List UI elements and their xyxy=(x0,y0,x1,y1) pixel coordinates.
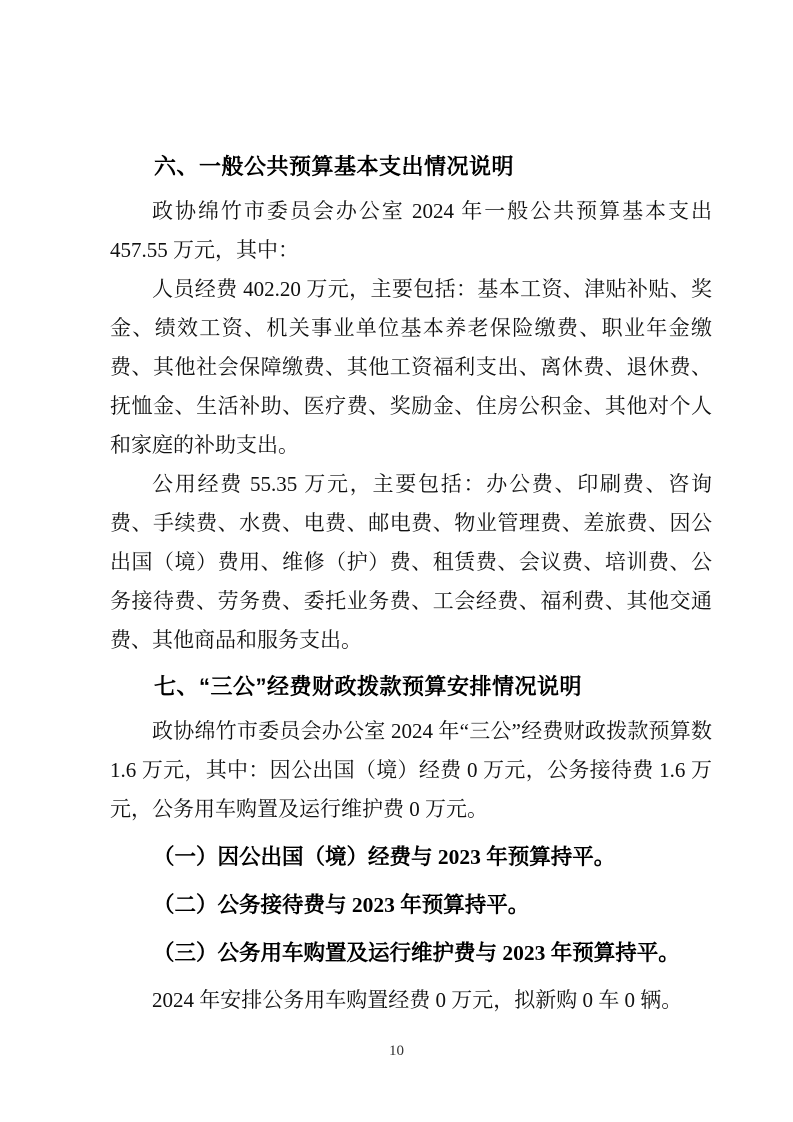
para-basic-expenditure-total: 政协绵竹市委员会办公室 2024 年一般公共预算基本支出 457.55 万元，其… xyxy=(110,192,712,270)
document-body: 六、一般公共预算基本支出情况说明 政协绵竹市委员会办公室 2024 年一般公共预… xyxy=(110,146,712,1020)
document-page: 六、一般公共预算基本支出情况说明 政协绵竹市委员会办公室 2024 年一般公共预… xyxy=(0,0,793,1122)
para-vehicle-purchase: 2024 年安排公务用车购置经费 0 万元，拟新购 0 车 0 辆。 xyxy=(110,981,712,1020)
subitem-abroad-expense: （一）因公出国（境）经费与 2023 年预算持平。 xyxy=(110,837,712,877)
para-three-public-total: 政协绵竹市委员会办公室 2024 年“三公”经费财政拨款预算数 1.6 万元，其… xyxy=(110,712,712,829)
page-number: 10 xyxy=(0,1043,793,1060)
para-public-expense: 公用经费 55.35 万元，主要包括：办公费、印刷费、咨询费、手续费、水费、电费… xyxy=(110,465,712,660)
subitem-vehicle-expense: （三）公务用车购置及运行维护费与 2023 年预算持平。 xyxy=(110,933,712,973)
para-personnel-expense: 人员经费 402.20 万元，主要包括：基本工资、津贴补贴、奖金、绩效工资、机关… xyxy=(110,270,712,465)
section-7-heading: 七、“三公”经费财政拨款预算安排情况说明 xyxy=(110,666,712,708)
subitem-reception-expense: （二）公务接待费与 2023 年预算持平。 xyxy=(110,885,712,925)
section-6-heading: 六、一般公共预算基本支出情况说明 xyxy=(110,146,712,188)
